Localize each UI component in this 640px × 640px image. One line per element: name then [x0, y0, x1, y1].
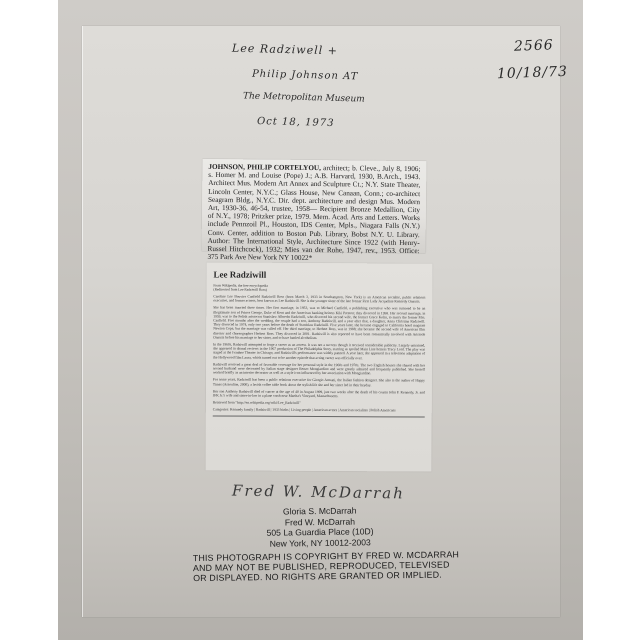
- copyright-stamp: THIS PHOTOGRAPH IS COPYRIGHT BY FRED W. …: [193, 549, 493, 583]
- clipping-paragraph: In the 1960s, Radziwill attempted to for…: [213, 342, 425, 360]
- subtitle-line: (Redirected from Lee Radziwill Ross): [213, 287, 425, 292]
- radziwill-wikipedia-clipping: Lee Radziwill From Wikipedia, the free e…: [205, 262, 432, 471]
- clipping-rule: [213, 415, 425, 417]
- clipping-retrieved: Retrieved from "http://en.wikipedia.org/…: [213, 401, 425, 406]
- clipping-paragraph: Caroline Lee Bouvier Canfield Radziwill …: [213, 294, 425, 304]
- clipping-paragraph: She has been married three times. Her fi…: [213, 306, 425, 341]
- clipping-paragraph: Radziwill received a great deal of favor…: [213, 362, 425, 376]
- handwritten-note-line-1: Lee Radziwell +: [232, 42, 338, 58]
- clipping-subtitle: From Wikipedia, the free encyclopedia (R…: [213, 283, 425, 292]
- handwritten-date: 10/18/73: [497, 64, 568, 82]
- clipping-paragraph: For some years, Radziwill has been a pub…: [213, 378, 425, 388]
- clipping-body: architect; b. Cleve., July 8, 1906; s. H…: [207, 164, 420, 262]
- photographer-signature: Fred W. McDarrah: [232, 481, 405, 502]
- johnson-biography-clipping: JOHNSON, PHILIP CORTELYOU, architect; b.…: [202, 159, 427, 253]
- clipping-title: Lee Radziwill: [213, 269, 425, 280]
- handwritten-note-line-4: Oct 18, 1973: [257, 116, 335, 129]
- address-stamp: Gloria S. McDarrah Fred W. McDarrah 505 …: [230, 505, 411, 550]
- clipping-categories: Categories: Kennedy family | Radziwill |…: [213, 408, 425, 413]
- clipping-paragraph: Her son Anthony Radziwill died of cancer…: [213, 389, 425, 399]
- handwritten-catalog-number: 2566: [514, 37, 554, 54]
